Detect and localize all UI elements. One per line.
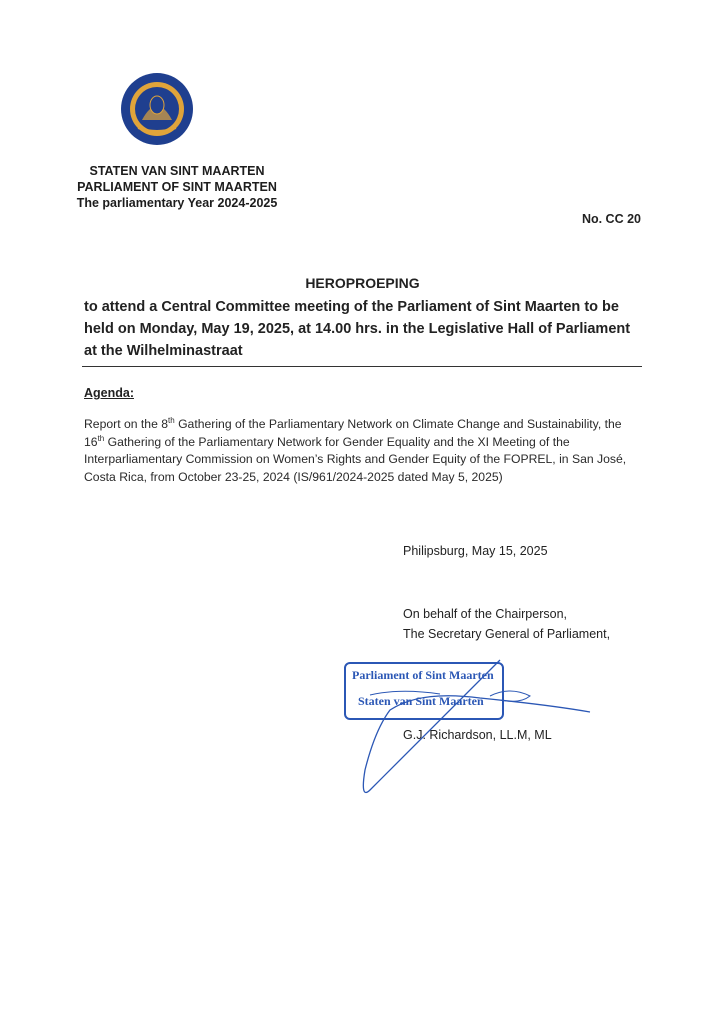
org-name-dutch: STATEN VAN SINT MAARTEN	[62, 163, 292, 179]
document-title: HEROPROEPING	[0, 275, 725, 291]
ordinal-suffix: th	[168, 416, 175, 425]
divider	[82, 366, 642, 367]
place-date: Philipsburg, May 15, 2025	[403, 544, 548, 558]
org-name-english: PARLIAMENT OF SINT MAARTEN	[62, 179, 292, 195]
signature-icon	[330, 650, 600, 800]
behalf-block: On behalf of the Chairperson, The Secret…	[403, 604, 610, 644]
agenda-heading: Agenda:	[84, 386, 134, 400]
agenda-text: Gathering of the Parliamentary Network f…	[84, 435, 626, 484]
signatory-name: G.J. Richardson, LL.M, ML	[403, 728, 552, 742]
meeting-subject: to attend a Central Committee meeting of…	[84, 296, 644, 362]
organization-header: STATEN VAN SINT MAARTEN PARLIAMENT OF SI…	[62, 163, 292, 211]
signatory-title: The Secretary General of Parliament,	[403, 624, 610, 644]
behalf-line: On behalf of the Chairperson,	[403, 604, 610, 624]
agenda-text: Report on the 8	[84, 417, 168, 431]
parliamentary-year: The parliamentary Year 2024-2025	[62, 195, 292, 211]
document-number: No. CC 20	[582, 212, 641, 226]
agenda-item: Report on the 8th Gathering of the Parli…	[84, 416, 644, 486]
parliament-seal-icon	[120, 72, 194, 146]
